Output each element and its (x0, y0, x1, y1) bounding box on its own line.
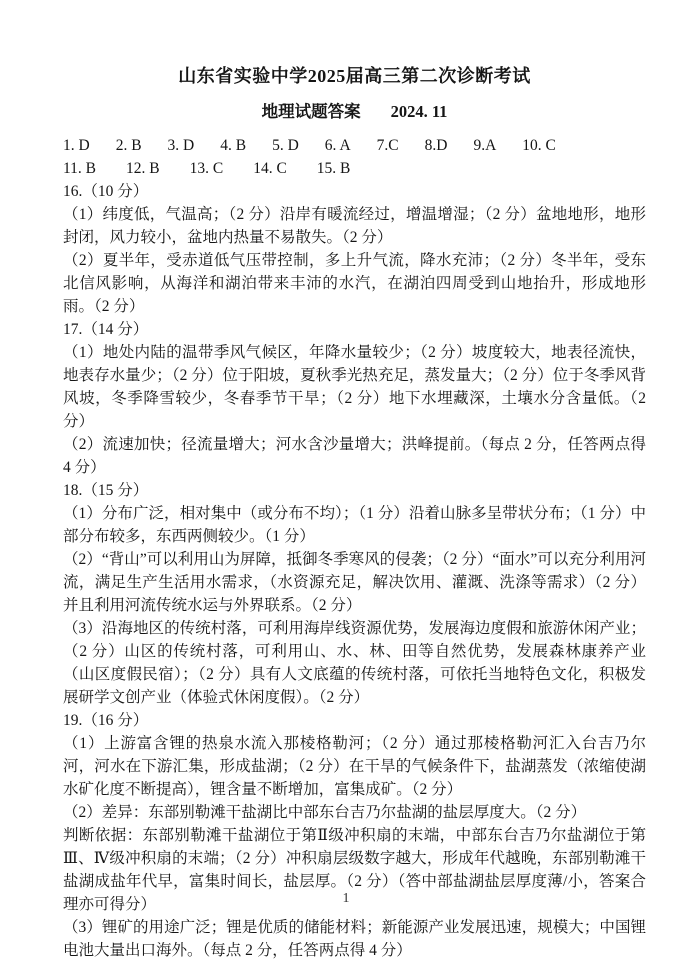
mc-answer: 1. D (63, 134, 90, 157)
section-18-answer-1: （1）分布广泛，相对集中（或分布不均）；（1 分）沿着山脉多呈带状分布；（1 分… (63, 502, 646, 548)
mc-answer: 7.C (377, 134, 399, 157)
section-16-answer-2: （2）夏半年，受赤道低气压带控制，多上升气流，降水充沛；（2 分）冬半年，受东北… (63, 249, 646, 318)
mc-answer: 3. D (168, 134, 195, 157)
multiple-choice-answers-row-1: 1. D 2. B 3. D 4. B 5. D 6. A 7.C 8.D 9.… (63, 134, 646, 157)
mc-answer: 11. B (63, 157, 96, 180)
section-18-heading: 18.（15 分） (63, 479, 646, 502)
section-16-answer-1: （1）纬度低，气温高；（2 分）沿岸有暖流经过，增温增湿；（2 分）盆地地形，地… (63, 203, 646, 249)
section-18-answer-2: （2）“背山”可以利用山为屏障，抵御冬季寒风的侵袭；（2 分）“面水”可以充分利… (63, 548, 646, 617)
page-number: 1 (0, 891, 692, 907)
section-19-answer-1: （1）上游富含锂的热泉水流入那棱格勒河；（2 分）通过那棱格勒河汇入台吉乃尔河，… (63, 732, 646, 801)
exam-date: 2024. 11 (391, 102, 448, 121)
section-16-heading: 16.（10 分） (63, 180, 646, 203)
mc-answer: 8.D (425, 134, 448, 157)
section-17-heading: 17.（14 分） (63, 318, 646, 341)
section-19-answer-4: （3）锂矿的用途广泛；锂是优质的储能材料；新能源产业发展迅速，规模大；中国锂电池… (63, 916, 646, 962)
mc-answer: 15. B (317, 157, 351, 180)
page-title: 山东省实验中学2025届高三第二次诊断考试 (63, 62, 646, 88)
section-19-heading: 19.（16 分） (63, 709, 646, 732)
answer-body: 16.（10 分） （1）纬度低，气温高；（2 分）沿岸有暖流经过，增温增湿；（… (63, 180, 646, 962)
mc-answer: 12. B (126, 157, 160, 180)
section-18-answer-3: （3）沿海地区的传统村落，可利用海岸线资源优势，发展海边度假和旅游休闲产业；（2… (63, 617, 646, 709)
mc-answer: 6. A (325, 134, 351, 157)
section-19-answer-2: （2）差异：东部别勒滩干盐湖比中部东台吉乃尔盐湖的盐层厚度大。（2 分） (63, 801, 646, 824)
mc-answer: 2. B (116, 134, 142, 157)
mc-answer: 14. C (253, 157, 287, 180)
section-17-answer-1: （1）地处内陆的温带季风气候区，年降水量较少；（2 分）坡度较大，地表径流快，地… (63, 341, 646, 433)
document-subtitle: 地理试题答案2024. 11 (63, 98, 646, 122)
subject-answer-label: 地理试题答案 (262, 102, 361, 121)
document-page: 山东省实验中学2025届高三第二次诊断考试 地理试题答案2024. 11 1. … (0, 0, 692, 978)
mc-answer: 9.A (473, 134, 496, 157)
mc-answer: 10. C (522, 134, 556, 157)
mc-answer: 13. C (190, 157, 224, 180)
mc-answer: 4. B (220, 134, 246, 157)
multiple-choice-answers-row-2: 11. B 12. B 13. C 14. C 15. B (63, 157, 646, 180)
section-17-answer-2: （2）流速加快；径流量增大；河水含沙量增大；洪峰提前。（每点 2 分，任答两点得… (63, 433, 646, 479)
mc-answer: 5. D (272, 134, 299, 157)
